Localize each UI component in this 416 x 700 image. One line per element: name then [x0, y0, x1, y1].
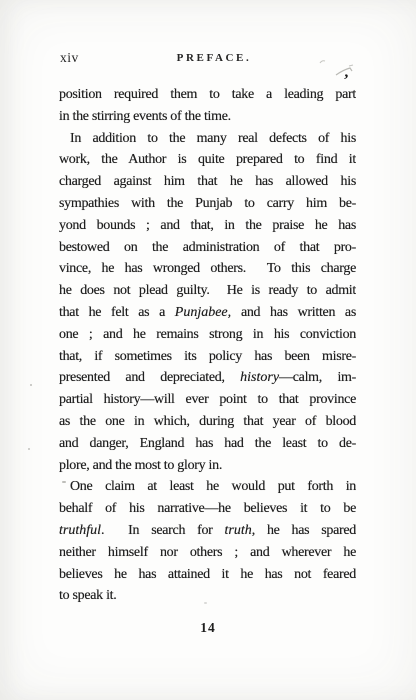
text-line: work, the Author is quite prepared to fi…	[59, 149, 356, 171]
text-line: in the stirring events of the time.	[59, 106, 356, 128]
text-line: sympathies with the Punjab to carry him …	[59, 193, 356, 215]
text-line: vince, he has wronged others. To this ch…	[59, 258, 356, 280]
pencil-scribble-mark	[316, 52, 364, 84]
text-line: and danger, England has had the least to…	[59, 433, 356, 455]
text-line: truthful. In search for truth, he has sp…	[59, 520, 356, 542]
text-line: that, if sometimes its policy has been m…	[59, 346, 356, 368]
page-header: xiv PREFACE.	[59, 49, 356, 67]
text-line: believes he has attained it he has not f…	[59, 564, 356, 586]
scan-speck	[204, 602, 207, 604]
text-line: yond bounds ; and that, in the praise he…	[59, 215, 356, 237]
text-line: he does not plead guilty. He is ready to…	[59, 280, 356, 302]
text-block: position required them to take a leading…	[59, 84, 356, 607]
scan-speck	[62, 481, 66, 483]
text-line: to speak it.	[59, 585, 356, 607]
text-line: position required them to take a leading…	[59, 84, 356, 106]
page-footer: 14	[0, 620, 416, 636]
page-number: 14	[200, 620, 216, 635]
scan-speck	[28, 448, 30, 450]
text-line: that he felt as a Punjabee, and has writ…	[59, 302, 356, 324]
text-line: plore, and the most to glory in.	[59, 455, 356, 477]
text-line: neither himself nor others ; and whereve…	[59, 542, 356, 564]
text-line: In addition to the many real defects of …	[59, 128, 356, 150]
text-line: One claim at least he would put forth in	[59, 476, 356, 498]
scan-speck	[30, 384, 32, 386]
text-line: behalf of his narrative—he believes it t…	[59, 498, 356, 520]
text-line: one ; and he remains strong in his convi…	[59, 324, 356, 346]
text-line: partial history—will ever point to that …	[59, 389, 356, 411]
text-line: as the one in which, during that year of…	[59, 411, 356, 433]
text-line: charged against him that he has allowed …	[59, 171, 356, 193]
text-line: bestowed on the administration of that p…	[59, 237, 356, 259]
text-line: presented and depreciated, history—calm,…	[59, 367, 356, 389]
